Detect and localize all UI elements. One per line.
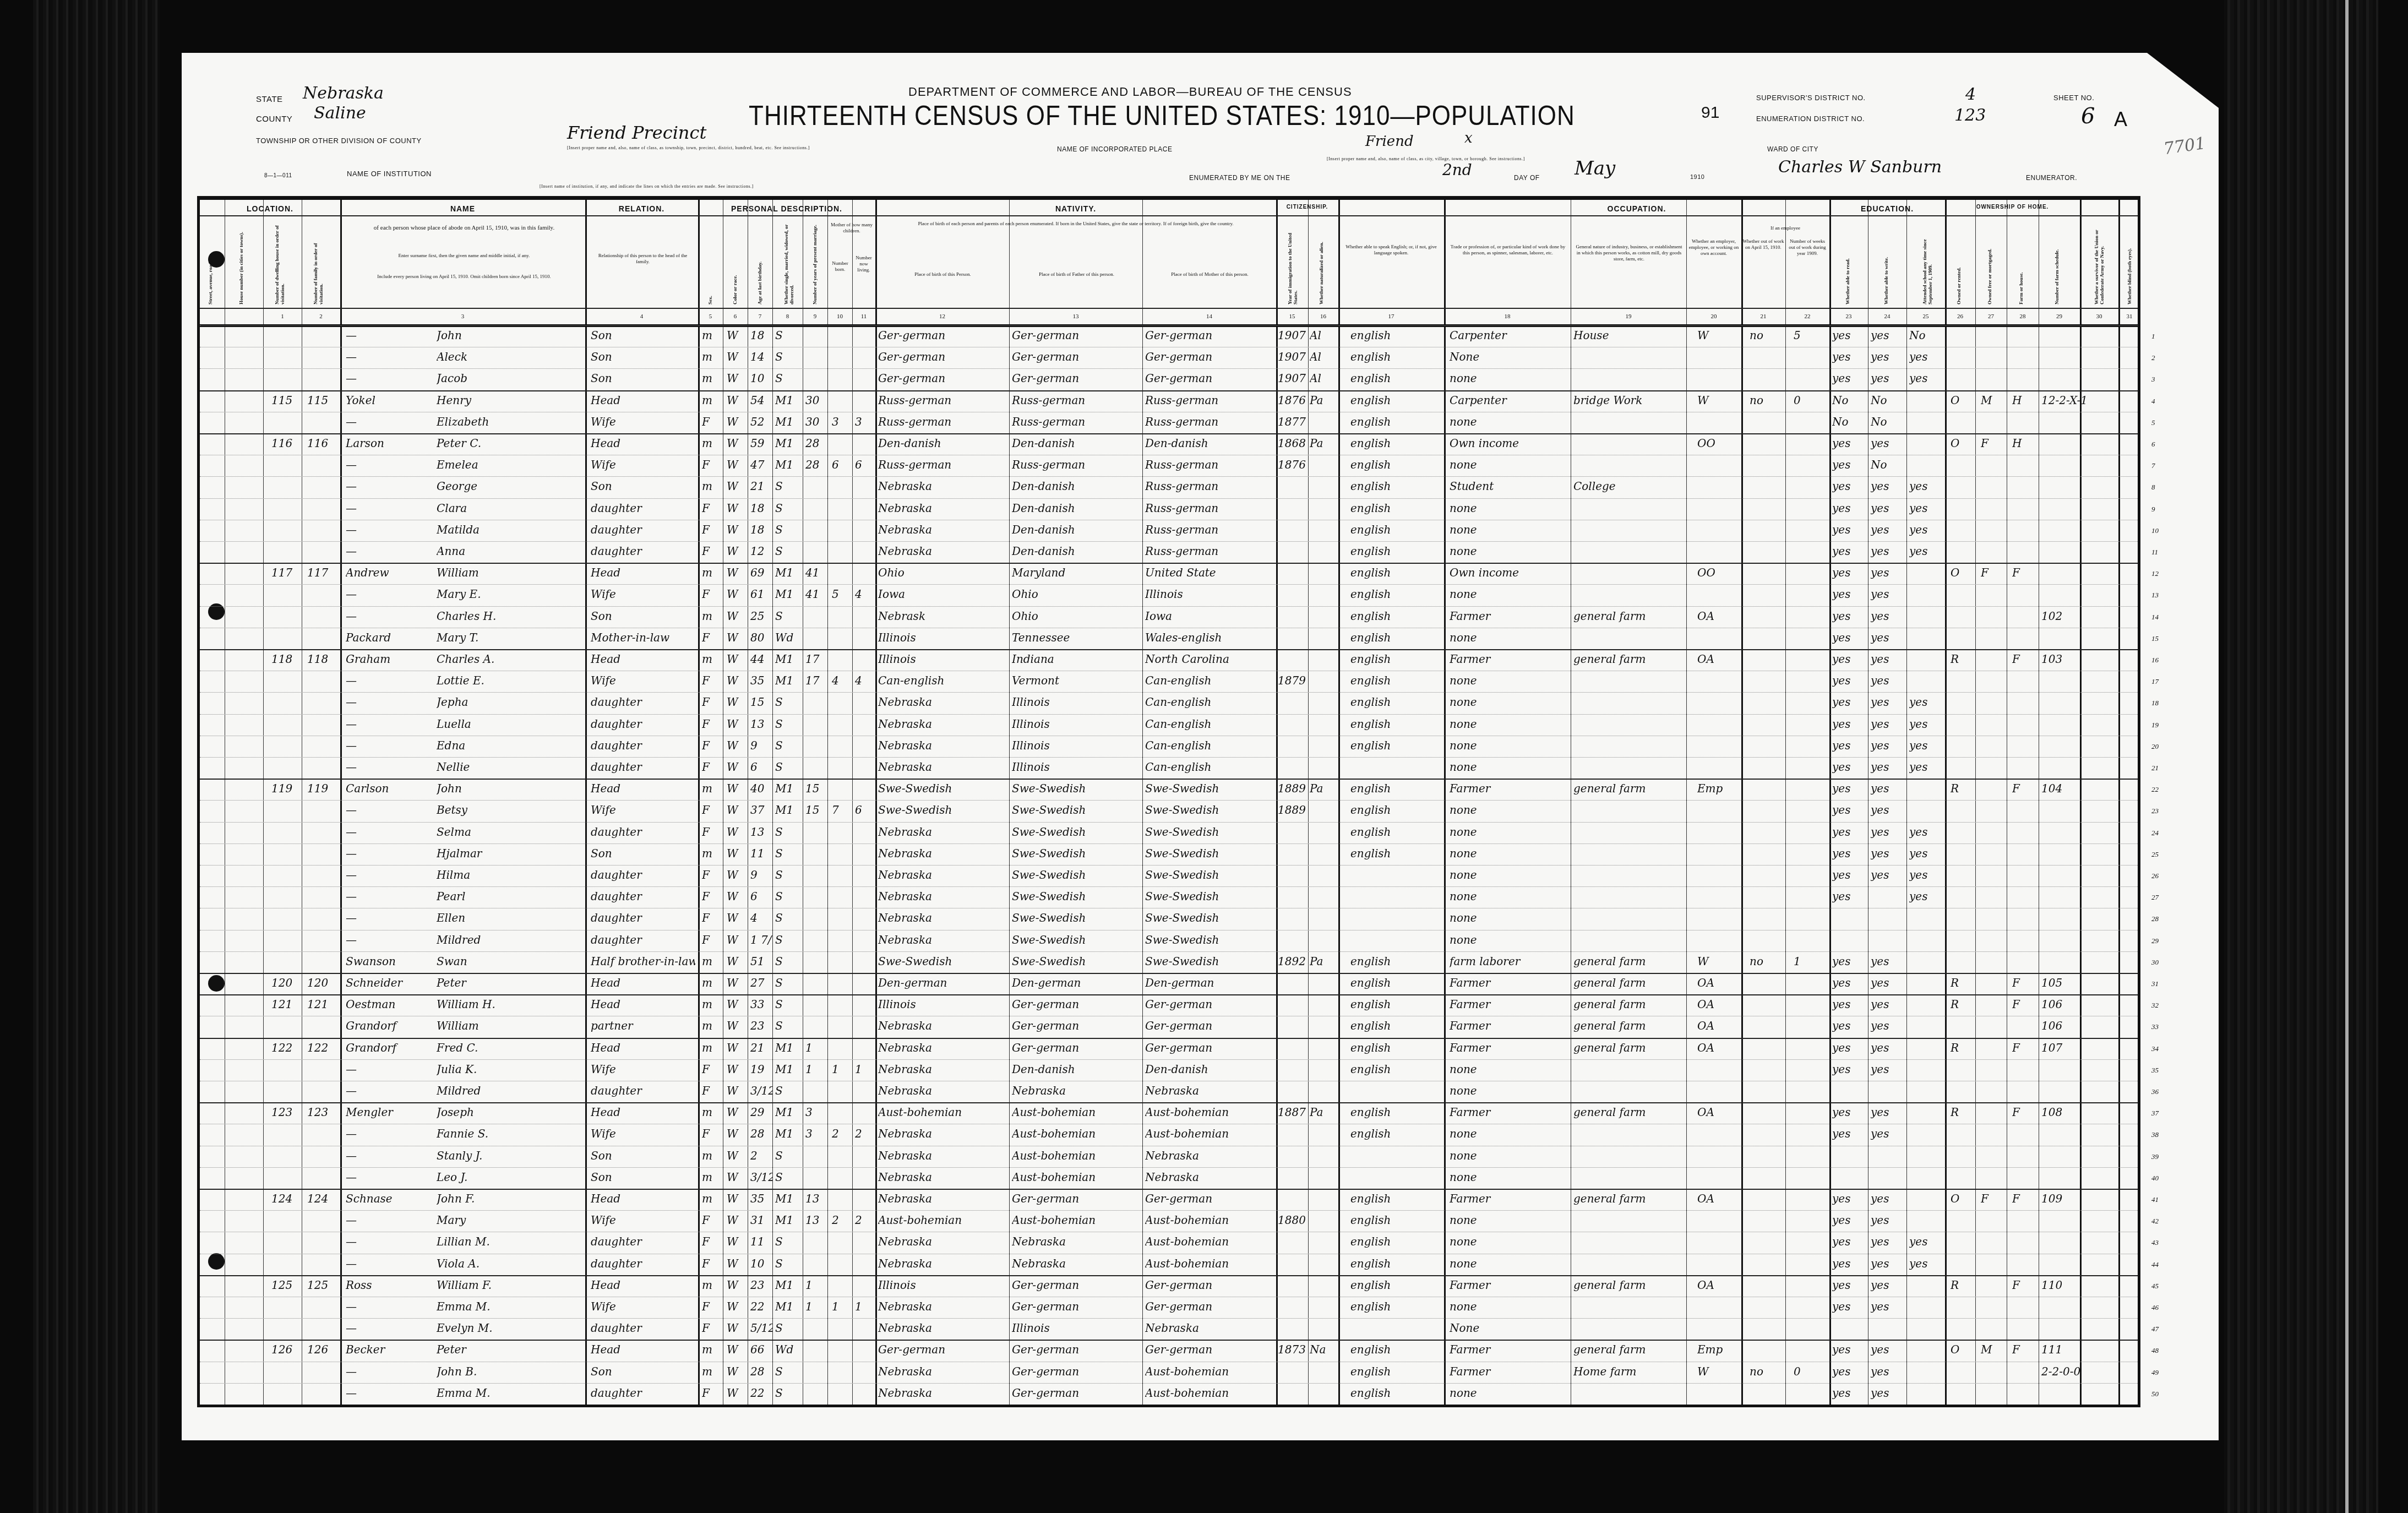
cell-given: Evelyn M. [437,1321,582,1335]
cell-rel: daughter [591,523,695,536]
table-row: 115115YokelHenryHeadmW54M130Russ-germanR… [200,390,2138,412]
cell-rel: daughter [591,739,695,752]
table-row: —Fannie S.WifeFW28M1322NebraskaAust-bohe… [200,1124,2138,1145]
cell-ind: general farm [1573,1343,1684,1356]
cell-bp: Nebraska [878,1149,1008,1162]
line-number-right: 5 [2151,418,2155,427]
cell-trade: none [1450,1235,1568,1248]
cell-given: Elizabeth [437,415,582,428]
cell-bp: Ger-german [878,329,1008,342]
cell-sex: m [702,1171,722,1184]
cell-bp: Nebraska [878,1171,1008,1184]
cell-bp: Illinois [878,998,1008,1011]
cell-bf: Illinois [1012,1321,1141,1335]
cell-rd: yes [1832,372,1866,385]
cell-fs: 110 [2041,1278,2118,1292]
cell-age: 40 [750,782,772,795]
table-row: 116116LarsonPeter C.HeadmW59M128Den-dani… [200,433,2138,455]
cell-rel: Half brother-in-law [591,955,695,968]
cell-wr: yes [1871,695,1905,709]
cell-fam: 115 [307,394,337,407]
cell-age: 18 [750,502,772,515]
line-number-right: 3 [2151,375,2155,384]
col-num: 18 [1444,313,1571,320]
cell-surname: — [346,350,434,363]
microfilm-border-left [33,0,160,1513]
cell-age: 15 [750,695,772,709]
nativity-heading: NATIVITY. [875,204,1276,213]
cell-trade: Farmer [1450,976,1568,989]
cell-given: Emma M. [437,1300,582,1313]
cell-ind: general farm [1573,1192,1684,1205]
table-row: —Emma M.daughterFW22SNebraskaGer-germanA… [200,1383,2138,1405]
cell-lang: english [1350,717,1441,731]
cell-age: 37 [750,803,772,817]
cell-surname: — [346,890,434,903]
cell-race: W [727,566,747,579]
cell-ind: Home farm [1573,1365,1684,1378]
cell-ind: College [1573,480,1684,493]
cell-bp: Iowa [878,587,1008,601]
cell-bm: Nebraska [1145,1171,1275,1184]
cell-mar: S [775,1019,802,1032]
cell-bf: Aust-bohemian [1012,1106,1141,1119]
cell-surname: Grandorf [346,1041,434,1054]
cell-rel: Wife [591,674,695,687]
cell-race: W [727,1235,747,1248]
cell-given: Emelea [437,458,582,471]
line-number-right: 20 [2151,742,2159,751]
house-number-header: House number (in cities or towns). [238,222,244,304]
cell-rel: Head [591,998,695,1011]
cell-race: W [727,394,747,407]
cell-trade: none [1450,695,1568,709]
cell-mar: M1 [775,652,802,666]
line-number-right: 12 [2151,569,2159,578]
cell-surname: — [346,803,434,817]
cell-sch: yes [1909,760,1943,774]
cell-nat: Pa [1310,1106,1337,1119]
state-value: Nebraska [303,84,384,103]
cell-bp: Nebraska [878,545,1008,558]
cell-lang: english [1350,394,1441,407]
cell-ym: 41 [805,566,827,579]
cell-race: W [727,1019,747,1032]
name-heading: NAME [340,204,585,213]
cell-bf: Swe-Swedish [1012,803,1141,817]
enumeration-district-label: ENUMERATION DISTRICT NO. [1756,115,1865,123]
cell-race: W [727,350,747,363]
cell-given: Luella [437,717,582,731]
cell-rd: yes [1832,1257,1866,1270]
day-of-label: DAY OF [1514,174,1540,182]
cell-sex: m [702,1106,722,1119]
cell-age: 33 [750,998,772,1011]
cell-emp: OO [1697,566,1740,579]
cell-surname: — [346,1235,434,1248]
col-num: 14 [1142,313,1276,320]
cell-surname: Larson [346,437,434,450]
cell-cb: 3 [832,415,851,428]
cell-age: 18 [750,329,772,342]
cell-race: W [727,652,747,666]
cell-imm: 1907 [1278,372,1307,385]
cell-given: Leo J. [437,1171,582,1184]
cell-trade: Carpenter [1450,329,1568,342]
table-row: —Evelyn M.daughterFW5/12SNebraskaIllinoi… [200,1318,2138,1340]
cell-ym: 15 [805,782,827,795]
cell-bm: Aust-bohemian [1145,1213,1275,1227]
cell-mar: S [775,1386,802,1400]
personal-description-heading: PERSONAL DESCRIPTION. [698,204,875,213]
cell-fs: 106 [2041,1019,2118,1032]
cell-cl: 1 [855,1063,874,1076]
line-number-right: 28 [2151,915,2159,923]
cell-sex: F [702,458,722,471]
cell-lang: english [1350,1343,1441,1356]
cell-bf: Den-danish [1012,545,1141,558]
cell-race: W [727,1365,747,1378]
line-number-right: 29 [2151,937,2159,945]
cell-sex: m [702,372,722,385]
cell-age: 22 [750,1300,772,1313]
table-row: 118118GrahamCharles A.HeadmW44M117Illino… [200,649,2138,671]
table-row: —Lottie E.WifeFW35M11744Can-englishVermo… [200,671,2138,692]
line-number-left: 4 [167,397,171,406]
cell-race: W [727,458,747,471]
language-header: Whether able to speak English; or, if no… [1344,244,1439,256]
cell-mar: S [775,1171,802,1184]
cell-race: W [727,437,747,450]
cell-lang: english [1350,1106,1441,1119]
line-number-right: 40 [2151,1174,2159,1183]
cell-ind: general farm [1573,782,1684,795]
cell-race: W [727,1300,747,1313]
line-number-left: 37 [167,1109,174,1118]
cell-wr: yes [1871,1041,1905,1054]
cell-age: 9 [750,868,772,881]
cell-own: O [1951,1192,1975,1205]
cell-wks: 1 [1794,955,1827,968]
cell-rel: Head [591,1278,695,1292]
cell-rd: yes [1832,1041,1866,1054]
cell-race: W [727,825,747,839]
table-row: 125125RossWilliam F.HeadmW23M11IllinoisG… [200,1275,2138,1297]
cell-surname: — [346,911,434,924]
cell-fs: 104 [2041,782,2118,795]
name-instruction-2: Include every person living on April 15,… [348,274,580,280]
line-number-right: 46 [2151,1303,2159,1312]
col-num: 6 [723,313,748,320]
cell-given: William [437,566,582,579]
cell-surname: — [346,1171,434,1184]
cell-rd: yes [1832,1019,1866,1032]
cell-rel: Head [591,652,695,666]
cell-bm: Can-english [1145,760,1275,774]
cell-sex: F [702,760,722,774]
cell-bf: Tennessee [1012,631,1141,644]
cell-sch: yes [1909,739,1943,752]
age-header: Age at last birthday. [757,222,762,304]
cell-age: 66 [750,1343,772,1356]
line-number-right: 25 [2151,850,2159,859]
cell-bp: Ger-german [878,350,1008,363]
cell-rel: Wife [591,458,695,471]
cell-rel: Head [591,394,695,407]
incorporated-place-label: NAME OF INCORPORATED PLACE [1057,145,1172,153]
cell-race: W [727,545,747,558]
col-num: 22 [1785,313,1829,320]
children-living-header: Number now living. [853,255,875,273]
cell-given: Ellen [437,911,582,924]
blind-header: Whether blind (both eyes). [2127,216,2132,304]
cell-given: John B. [437,1365,582,1378]
cell-bp: Nebrask [878,609,1008,623]
cell-bf: Ger-german [1012,350,1141,363]
line-number-left: 30 [167,958,174,967]
cell-trade: none [1450,1063,1568,1076]
cell-sex: m [702,566,722,579]
cell-rd: yes [1832,502,1866,515]
cell-trade: None [1450,1321,1568,1335]
cell-bp: Nebraska [878,1127,1008,1140]
cell-race: W [727,890,747,903]
cell-rel: daughter [591,502,695,515]
cell-mar: S [775,480,802,493]
table-row: —Lillian M.daughterFW11SNebraskaNebraska… [200,1232,2138,1253]
cell-bf: Ohio [1012,587,1141,601]
cell-given: Fannie S. [437,1127,582,1140]
cell-bf: Aust-bohemian [1012,1213,1141,1227]
cell-rel: daughter [591,717,695,731]
cell-surname: — [346,1063,434,1076]
line-number-right: 14 [2151,613,2159,622]
cell-rd: yes [1832,976,1866,989]
cell-bp: Nebraska [878,1257,1008,1270]
cell-age: 3/12 [750,1084,772,1097]
line-number-right: 33 [2151,1022,2159,1031]
cell-bm: Aust-bohemian [1145,1386,1275,1400]
township-label: TOWNSHIP OR OTHER DIVISION OF COUNTY [256,137,422,145]
cell-bf: Ger-german [1012,998,1141,1011]
form-code: 8—1—011 [264,173,292,179]
cell-bm: Can-english [1145,695,1275,709]
line-number-left: 1 [167,332,171,341]
cell-sch: yes [1909,545,1943,558]
cell-rd: yes [1832,782,1866,795]
cell-emp: Emp [1697,782,1740,795]
cell-bf: Ger-german [1012,1365,1141,1378]
cell-bf: Ger-german [1012,1343,1141,1356]
cell-mar: M1 [775,1213,802,1227]
cell-rd: yes [1832,458,1866,471]
cell-trade: none [1450,847,1568,860]
line-number-left: 13 [167,591,174,600]
cell-trade: Farmer [1450,1106,1568,1119]
cell-wr: yes [1871,372,1905,385]
cell-rel: Head [591,976,695,989]
cell-cl: 4 [855,587,874,601]
cell-bm: Russ-german [1145,523,1275,536]
cell-trade: none [1450,523,1568,536]
farm-house-header: Farm or house. [2018,233,2024,304]
cell-given: Mildred [437,933,582,946]
cell-age: 11 [750,1235,772,1248]
line-number-left: 17 [167,677,174,686]
cell-mar: M1 [775,1192,802,1205]
cell-rel: Head [591,437,695,450]
cell-mar: S [775,825,802,839]
cell-fs: 111 [2041,1343,2118,1356]
cell-ind: general farm [1573,955,1684,968]
table-row: —MildreddaughterFW3/12SNebraskaNebraskaN… [200,1081,2138,1102]
cell-mar: S [775,502,802,515]
cell-emp: W [1697,394,1740,407]
table-row: —EdnadaughterFW9SNebraskaIllinoisCan-eng… [200,736,2138,757]
line-number-left: 23 [167,807,174,815]
owned-header: Owned or rented. [1956,233,1962,304]
cell-wr: yes [1871,1213,1905,1227]
cell-bm: United State [1145,566,1275,579]
cell-surname: Mengler [346,1106,434,1119]
cell-wr: yes [1871,868,1905,881]
cell-rd: yes [1832,1386,1866,1400]
cell-bp: Russ-german [878,394,1008,407]
cell-bm: Swe-Swedish [1145,803,1275,817]
cell-lang: english [1350,998,1441,1011]
cell-emp: OA [1697,1106,1740,1119]
cell-sex: m [702,1343,722,1356]
cell-bf: Russ-german [1012,458,1141,471]
cell-race: W [727,868,747,881]
line-number-left: 38 [167,1130,174,1139]
cell-race: W [727,1192,747,1205]
cell-given: Mary T. [437,631,582,644]
cell-sex: F [702,1235,722,1248]
line-number-right: 31 [2151,979,2159,988]
cell-fam: 119 [307,782,337,795]
cell-bp: Illinois [878,652,1008,666]
cell-bm: Den-danish [1145,437,1275,450]
cell-sch: yes [1909,350,1943,363]
cell-cl: 4 [855,674,874,687]
cell-lang: english [1350,458,1441,471]
cell-sex: m [702,480,722,493]
cell-race: W [727,1213,747,1227]
cell-bm: Russ-german [1145,502,1275,515]
cell-nat: Al [1310,329,1337,342]
cell-bm: Can-english [1145,739,1275,752]
cell-bm: Swe-Swedish [1145,933,1275,946]
cell-imm: 1877 [1278,415,1307,428]
cell-trade: none [1450,1386,1568,1400]
cell-rel: daughter [591,825,695,839]
cell-imm: 1889 [1278,782,1307,795]
mother-of-header: Mother of how many children. [829,222,875,234]
cell-wr: yes [1871,1278,1905,1292]
enumerator-label: ENUMERATOR. [2026,174,2077,182]
family-header: Number of family in order of visitation. [313,222,324,304]
cell-ind: general farm [1573,1278,1684,1292]
cell-fs: 102 [2041,609,2118,623]
cell-rel: Mother-in-law [591,631,695,644]
cell-fs: 107 [2041,1041,2118,1054]
cell-trade: none [1450,1171,1568,1184]
incorporated-place-mark: x [1464,130,1473,146]
cell-sex: F [702,502,722,515]
ward-label: WARD OF CITY [1767,145,1818,153]
cell-lang: english [1350,587,1441,601]
cell-bm: Ger-german [1145,1192,1275,1205]
dwelling-header: Number of dwelling house in order of vis… [274,222,285,304]
institution-hint: [Insert name of institution, if any, and… [540,184,754,189]
line-number-left: 40 [167,1174,174,1183]
cell-bp: Nebraska [878,739,1008,752]
cell-given: Aleck [437,350,582,363]
cell-lang: english [1350,1019,1441,1032]
sheet-number-label: SHEET NO. [2053,94,2094,102]
cell-lang: english [1350,329,1441,342]
cell-surname: Carlson [346,782,434,795]
table-row: —Julia K.WifeFW19M1111NebraskaDen-danish… [200,1059,2138,1081]
cell-rel: Wife [591,1127,695,1140]
cell-surname: Ross [346,1278,434,1292]
cell-given: Peter [437,1343,582,1356]
cell-cb: 4 [832,674,851,687]
line-number-right: 4 [2151,397,2155,406]
cell-wr: yes [1871,1386,1905,1400]
cell-bf: Swe-Swedish [1012,847,1141,860]
cell-lang: english [1350,1300,1441,1313]
cell-lang: english [1350,652,1441,666]
cell-mar: S [775,372,802,385]
line-number-right: 32 [2151,1001,2159,1010]
cell-age: 19 [750,1063,772,1076]
cell-cl: 2 [855,1127,874,1140]
cell-surname: — [346,847,434,860]
table-row: —Emma M.WifeFW22M1111NebraskaGer-germanG… [200,1297,2138,1318]
cell-emp: OA [1697,1019,1740,1032]
cell-oow: no [1750,955,1783,968]
cell-cb: 5 [832,587,851,601]
cell-lang: english [1350,1041,1441,1054]
cell-surname: Graham [346,652,434,666]
cell-surname: — [346,695,434,709]
cell-race: W [727,329,747,342]
cell-sex: F [702,868,722,881]
cell-sex: m [702,782,722,795]
cell-rd: yes [1832,587,1866,601]
cell-bp: Den-danish [878,437,1008,450]
cell-age: 1 7/12 [750,933,772,946]
cell-sex: m [702,609,722,623]
cell-mar: S [775,868,802,881]
cell-trade: Farmer [1450,609,1568,623]
cell-nat: Na [1310,1343,1337,1356]
cell-ym: 17 [805,674,827,687]
cell-bm: Swe-Swedish [1145,825,1275,839]
cell-bm: Ger-german [1145,1041,1275,1054]
cell-sex: F [702,1127,722,1140]
cell-cl: 6 [855,458,874,471]
col-num: 30 [2080,313,2118,320]
cell-ind: general farm [1573,998,1684,1011]
cell-imm: 1907 [1278,350,1307,363]
cell-rel: daughter [591,1084,695,1097]
cell-fam: 121 [307,998,337,1011]
cell-bm: Ger-german [1145,372,1275,385]
cell-lang: english [1350,1192,1441,1205]
